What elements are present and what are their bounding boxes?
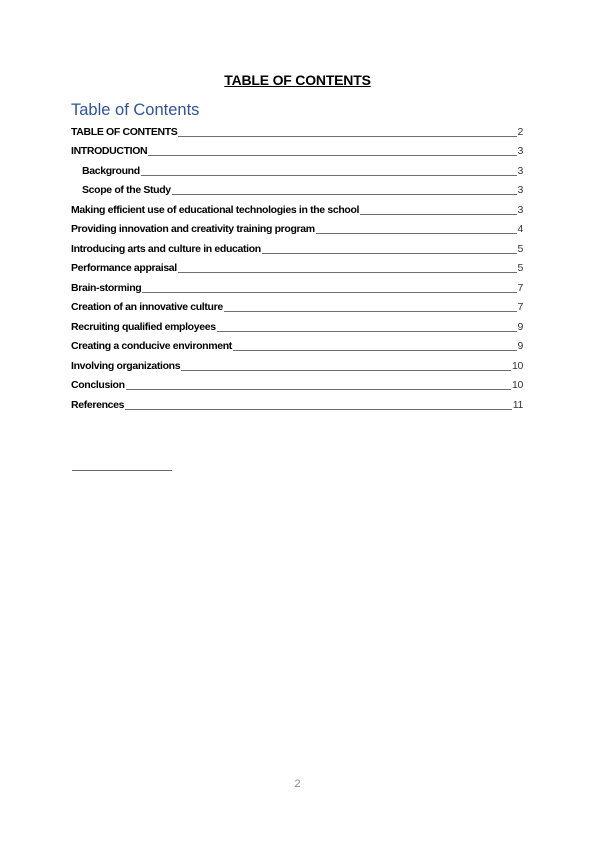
toc-entry-label: TABLE OF CONTENTS	[71, 126, 177, 139]
toc-leader	[125, 408, 512, 410]
toc-entry[interactable]: Recruiting qualified employees9	[71, 314, 523, 334]
toc-leader	[172, 193, 517, 195]
toc-leader	[181, 369, 511, 371]
toc-entry-label: Performance appraisal	[71, 262, 177, 275]
toc-entry-label: Creation of an innovative culture	[71, 301, 223, 314]
toc-heading: Table of Contents	[71, 100, 199, 120]
toc-entry-page: 7	[518, 282, 524, 295]
toc-entry-page: 9	[518, 321, 524, 334]
toc-entry-label: Making efficient use of educational tech…	[71, 204, 359, 217]
toc-entry[interactable]: Scope of the Study3	[71, 178, 523, 198]
toc-leader	[126, 388, 511, 390]
toc-entry-label: Involving organizations	[71, 360, 180, 373]
toc-leader	[360, 213, 516, 215]
toc-entry[interactable]: References11	[71, 392, 523, 412]
toc-entry-label: Recruiting qualified employees	[71, 321, 216, 334]
toc-entry[interactable]: Making efficient use of educational tech…	[71, 197, 523, 217]
toc-leader	[224, 310, 517, 312]
toc-entry-page: 2	[518, 126, 524, 139]
toc-entry-label: References	[71, 399, 124, 412]
toc-entry-label: INTRODUCTION	[71, 145, 147, 158]
toc-entry-page: 10	[512, 360, 523, 373]
document-page: TABLE OF CONTENTS Table of Contents TABL…	[0, 0, 595, 841]
toc-entry[interactable]: Involving organizations10	[71, 353, 523, 373]
toc-leader	[141, 174, 517, 176]
toc-entry[interactable]: Creation of an innovative culture7	[71, 295, 523, 315]
toc-entry-page: 3	[518, 204, 524, 217]
page-number: 2	[0, 778, 595, 790]
toc-entry[interactable]: Creating a conducive environment9	[71, 334, 523, 354]
toc-leader	[233, 349, 517, 351]
toc-leader	[178, 135, 516, 137]
toc-entry-label: Creating a conducive environment	[71, 340, 232, 353]
toc-leader	[316, 232, 517, 234]
toc-entry-page: 9	[518, 340, 524, 353]
toc-entry-page: 4	[518, 223, 524, 236]
toc-entry[interactable]: Conclusion10	[71, 373, 523, 393]
toc-entry-page: 10	[512, 379, 523, 392]
toc-entry[interactable]: Background3	[71, 158, 523, 178]
table-of-contents: TABLE OF CONTENTS2 INTRODUCTION3 Backgro…	[71, 119, 523, 412]
toc-entry-page: 3	[518, 165, 524, 178]
toc-entry-label: Brain-storming	[71, 282, 141, 295]
toc-entry-label: Introducing arts and culture in educatio…	[71, 243, 261, 256]
document-title: TABLE OF CONTENTS	[0, 71, 595, 89]
toc-leader	[178, 271, 517, 273]
toc-leader	[217, 330, 517, 332]
toc-entry-label: Conclusion	[71, 379, 125, 392]
toc-entry-label: Background	[82, 165, 140, 178]
toc-entry-page: 5	[518, 262, 524, 275]
toc-entry-page: 11	[513, 399, 523, 412]
toc-entry-label: Scope of the Study	[82, 184, 171, 197]
toc-entry-page: 5	[518, 243, 524, 256]
toc-entry[interactable]: Providing innovation and creativity trai…	[71, 217, 523, 237]
toc-entry[interactable]: INTRODUCTION3	[71, 139, 523, 159]
toc-leader	[262, 252, 517, 254]
toc-leader	[148, 154, 516, 156]
toc-entry[interactable]: TABLE OF CONTENTS2	[71, 119, 523, 139]
toc-entry-page: 3	[518, 184, 524, 197]
toc-entry[interactable]: Introducing arts and culture in educatio…	[71, 236, 523, 256]
toc-entry-label: Providing innovation and creativity trai…	[71, 223, 315, 236]
toc-entry[interactable]: Brain-storming7	[71, 275, 523, 295]
toc-leader	[142, 291, 516, 293]
footnote-separator	[72, 470, 172, 471]
toc-entry[interactable]: Performance appraisal5	[71, 256, 523, 276]
toc-entry-page: 3	[518, 145, 524, 158]
toc-entry-page: 7	[518, 301, 524, 314]
